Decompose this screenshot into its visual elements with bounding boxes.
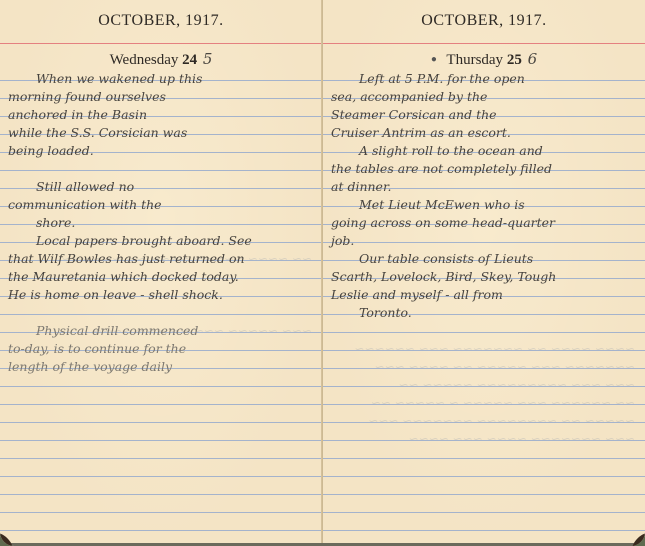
bleed-through-text: ~~~ ~~~ ~~~~~~~~~ ~~~~~ ~~ <box>333 376 635 394</box>
entry-line: the tables are not completely filled <box>331 160 637 178</box>
entry-line: Cruiser Antrim as an escort. <box>331 124 637 142</box>
diary-entry: Left at 5 P.M. for the open sea, accompa… <box>331 70 637 322</box>
entry-line: while the S.S. Corsician was <box>8 124 314 142</box>
entry-line: He is home on leave - shell shock. <box>8 286 314 304</box>
entry-line: Scarth, Lovelock, Bird, Skey, Tough <box>331 268 637 286</box>
entry-line: anchored in the Basin <box>8 106 314 124</box>
bleed-through-text: ~~ ~~~~~~ ~~~ ~~~~~ ~ ~~~~~ ~~ <box>333 394 635 412</box>
entry-line: Leslie and myself - all from <box>331 286 637 304</box>
entry-line: that Wilf Bowles has just returned on <box>8 250 314 268</box>
entry-line: Our table consists of Lieuts <box>331 250 637 268</box>
entry-line: the Mauretania which docked today. <box>8 268 314 286</box>
entry-line: A slight roll to the ocean and <box>331 142 637 160</box>
entry-line <box>8 160 314 178</box>
red-rule <box>0 43 322 44</box>
entry-line: to-day, is to continue for the <box>8 340 314 358</box>
day-heading: Wednesday 24 5 <box>0 50 322 70</box>
diary-entry: When we wakened up this morning found ou… <box>8 70 314 376</box>
bullet-mark: ● <box>431 54 437 65</box>
entry-line: sea, accompanied by the <box>331 88 637 106</box>
bleed-through-text: ~~~~~ ~~ ~~~~~~~~ ~~~~~~~ ~~~ <box>333 412 635 430</box>
bleed-through-text: ~~~~ ~~~~ ~~ ~~~~~~~ ~~~ ~~~~~~ <box>333 340 635 358</box>
entry-line: Steamer Corsican and the <box>331 106 637 124</box>
day-number-printed: 24 <box>182 52 197 68</box>
entry-line: job. <box>331 232 637 250</box>
bleed-through-text: ~~~ ~~~~~~~ ~~~~ ~~~ ~~~~ <box>333 430 635 448</box>
day-heading: ● Thursday 25 6 <box>323 50 645 70</box>
page-header: OCTOBER, 1917. <box>323 12 645 34</box>
entry-line: going across on some head-quarter <box>331 214 637 232</box>
entry-line: morning found ourselves <box>8 88 314 106</box>
day-name: Wednesday <box>110 52 179 68</box>
entry-line: shore. <box>8 214 314 232</box>
bleed-through-text: ~~~~~~~ ~~~ ~~~~~ ~~ ~~~~ ~~~ <box>333 358 635 376</box>
day-number-handwritten: 5 <box>203 50 213 68</box>
entry-line: Local papers brought aboard. See <box>8 232 314 250</box>
entry-line: Physical drill commenced <box>8 322 314 340</box>
day-name: Thursday <box>446 52 503 68</box>
entry-line: Left at 5 P.M. for the open <box>331 70 637 88</box>
day-number-printed: 25 <box>507 52 522 68</box>
left-page: ~~ ~~~~ ~~~~~ ~~~~ ~~ ~~~~~~ ~~~ ~~~~~ ~… <box>0 0 322 546</box>
entry-line <box>8 304 314 322</box>
entry-line: being loaded. <box>8 142 314 160</box>
entry-line: Still allowed no <box>8 178 314 196</box>
entry-line: at dinner. <box>331 178 637 196</box>
red-rule <box>323 43 645 44</box>
right-page: ~~~~ ~~~~ ~~ ~~~~~~~ ~~~ ~~~~~~ ~~~~~~~ … <box>323 0 645 546</box>
diary-spread: ~~ ~~~~ ~~~~~ ~~~~ ~~ ~~~~~~ ~~~ ~~~~~ ~… <box>0 0 645 546</box>
page-header: OCTOBER, 1917. <box>0 12 322 34</box>
entry-line: Met Lieut McEwen who is <box>331 196 637 214</box>
entry-line: When we wakened up this <box>8 70 314 88</box>
day-number-handwritten: 6 <box>528 50 538 68</box>
entry-line: length of the voyage daily <box>8 358 314 376</box>
entry-line: communication with the <box>8 196 314 214</box>
entry-line: Toronto. <box>331 304 637 322</box>
